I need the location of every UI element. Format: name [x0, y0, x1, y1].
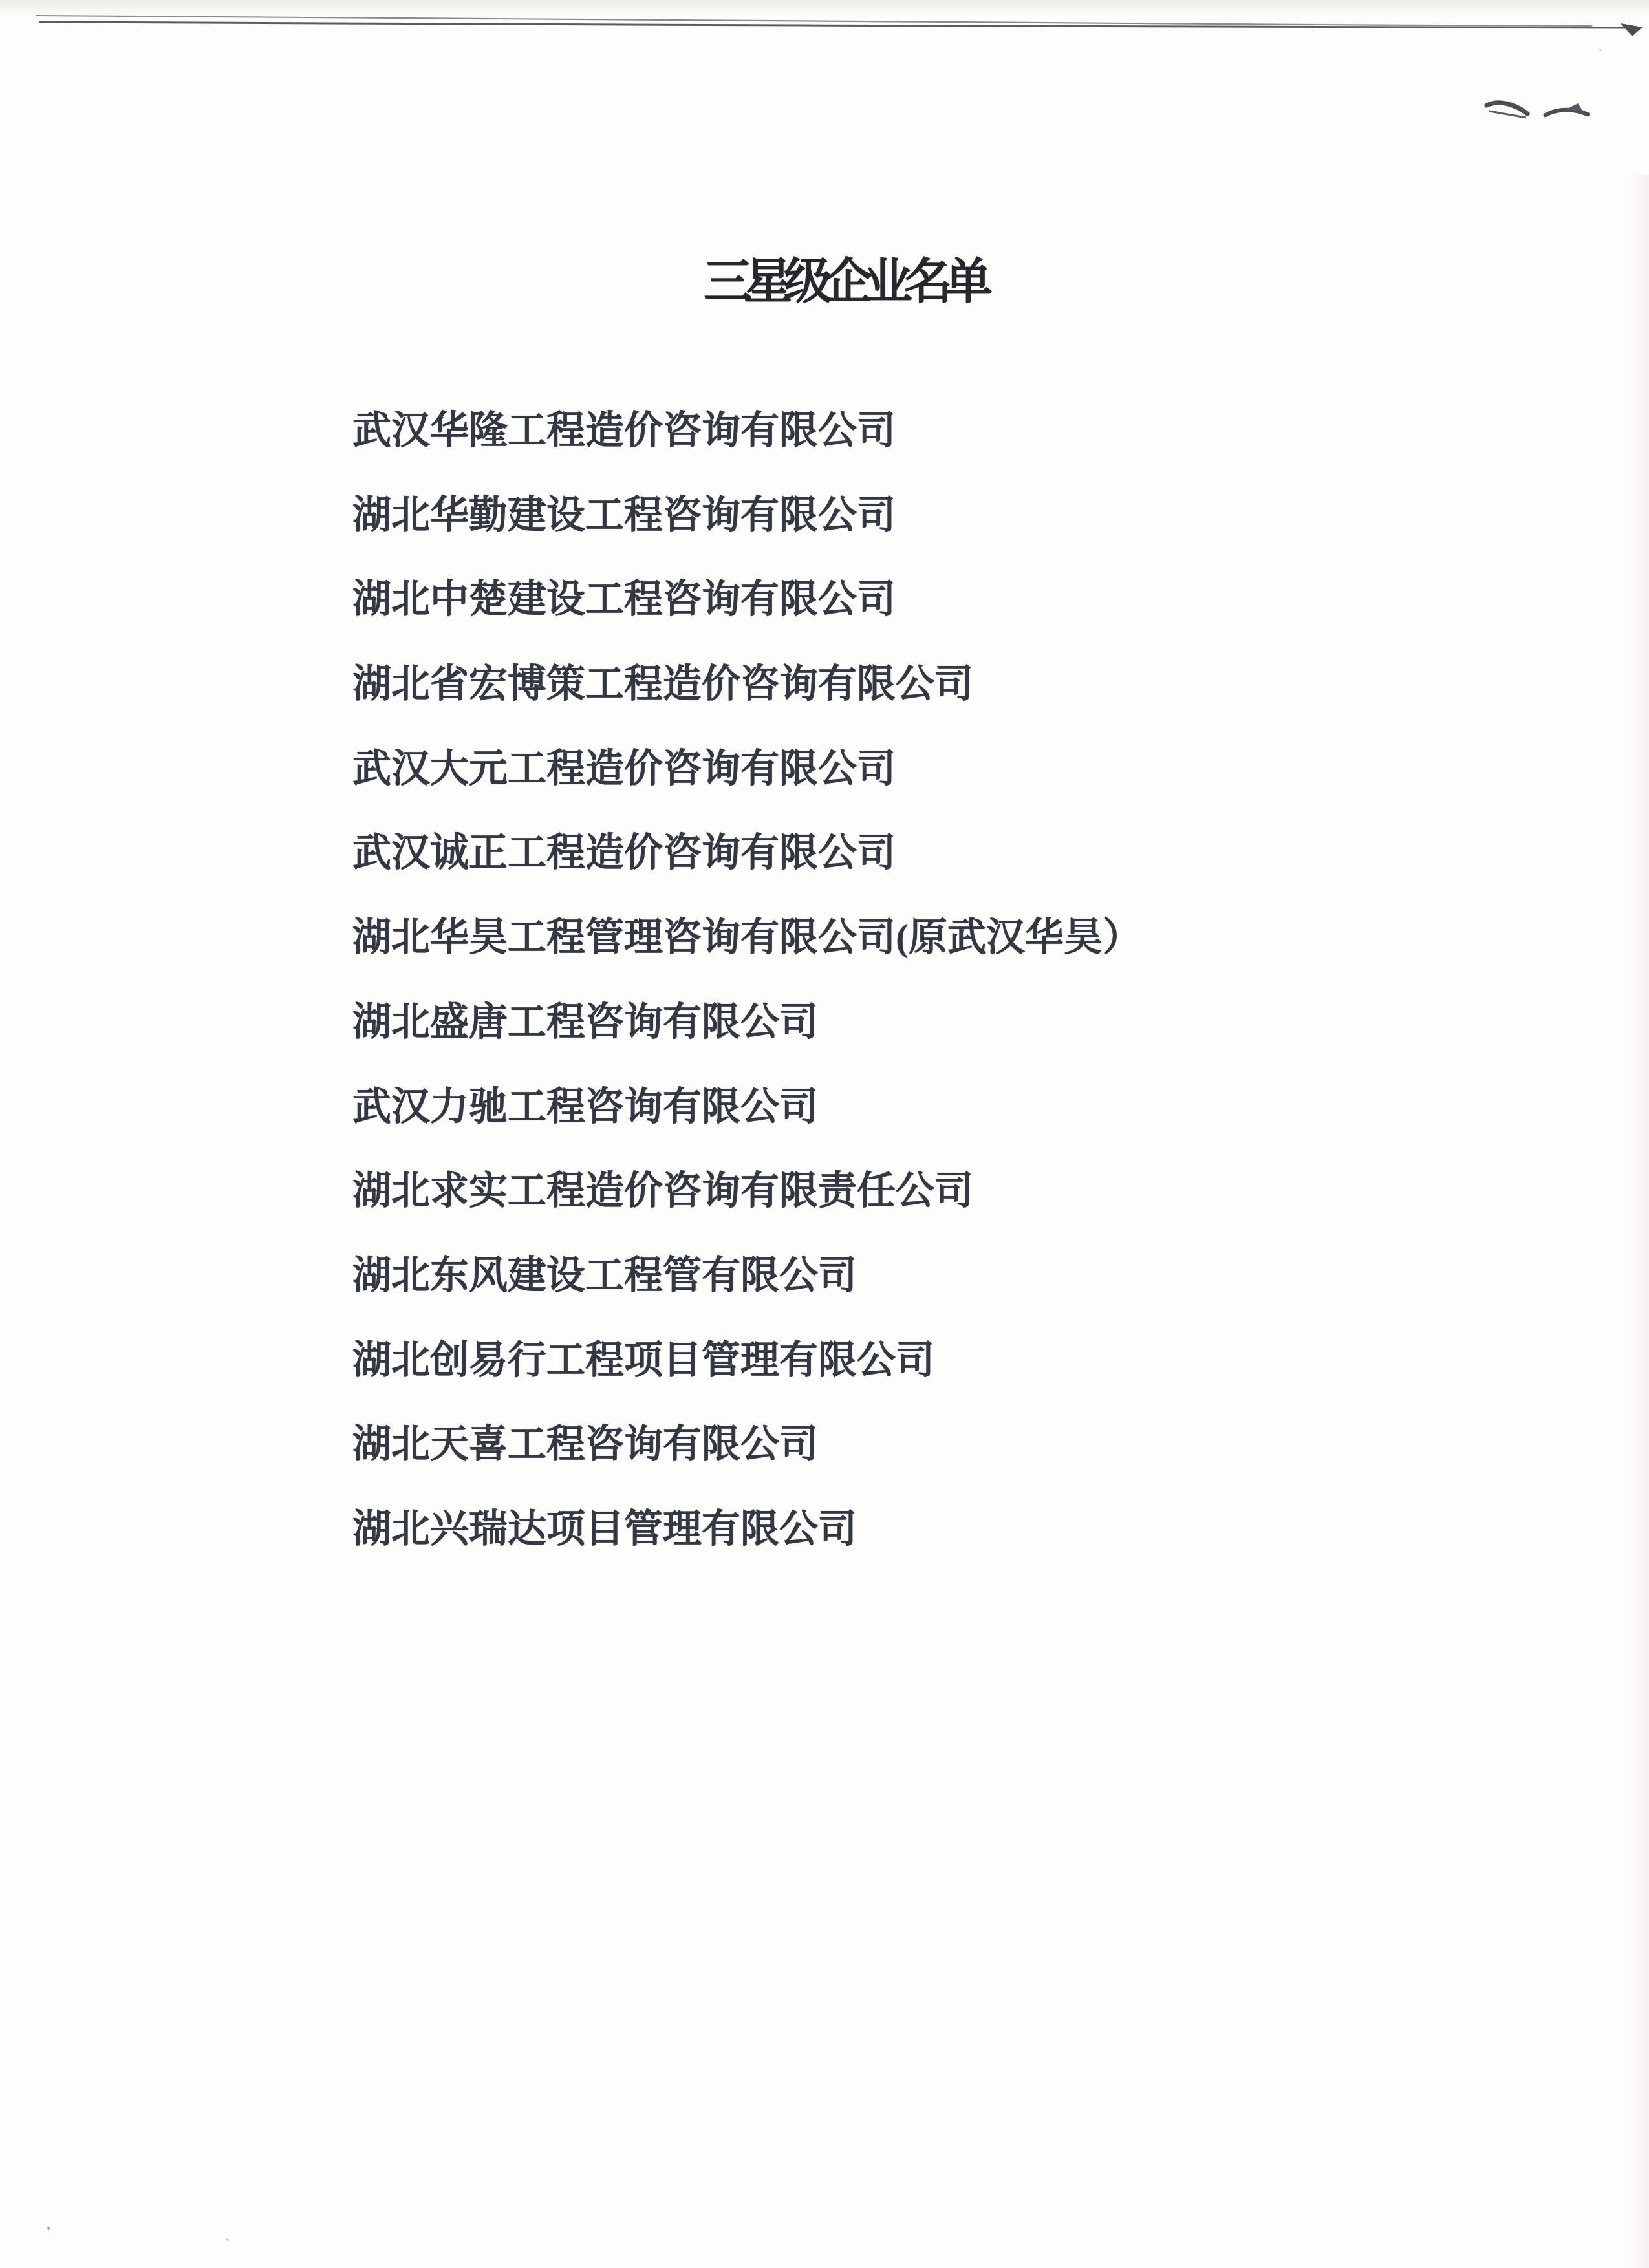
scan-line-upper — [36, 16, 1592, 26]
paper-speck — [47, 2227, 50, 2230]
paper-speck — [226, 2238, 228, 2241]
scan-line-hook — [1621, 23, 1643, 36]
scan-right-edge-shade — [1628, 175, 1649, 2268]
scanned-document-page: { "document": { "title": "三星级企业名单", "com… — [0, 0, 1649, 2268]
company-name: 湖北华勤建设工程咨询有限公司 — [352, 473, 1141, 558]
company-name: 湖北创易行工程项目管理有限公司 — [352, 1318, 1141, 1403]
company-name: 湖北求实工程造价咨询有限责任公司 — [352, 1149, 1141, 1234]
scan-artifacts — [0, 0, 1649, 142]
company-name: 湖北中楚建设工程咨询有限公司 — [352, 557, 1141, 642]
company-name: 湖北盛唐工程咨询有限公司 — [352, 980, 1141, 1065]
company-name: 武汉力驰工程咨询有限公司 — [352, 1065, 1141, 1150]
company-name: 湖北华昊工程管理咨询有限公司(原武汉华昊） — [352, 895, 1141, 980]
ink-smudge-right-peak — [1565, 103, 1583, 111]
company-name: 湖北省宏博策工程造价咨询有限公司 — [352, 642, 1141, 727]
company-name: 湖北天喜工程咨询有限公司 — [352, 1402, 1141, 1487]
paper-speck — [1599, 49, 1602, 51]
company-name: 武汉大元工程造价咨询有限公司 — [352, 727, 1141, 811]
company-list: 武汉华隆工程造价咨询有限公司湖北华勤建设工程咨询有限公司湖北中楚建设工程咨询有限… — [352, 389, 1141, 1572]
page-title: 三星级企业名单 — [704, 243, 984, 312]
company-name: 武汉华隆工程造价咨询有限公司 — [352, 389, 1141, 473]
company-name: 湖北兴瑞达项目管理有限公司 — [352, 1487, 1141, 1572]
ink-smudge-left-tail — [1489, 111, 1526, 118]
company-name: 湖北东风建设工程管有限公司 — [352, 1234, 1141, 1318]
company-name: 武汉诚正工程造价咨询有限公司 — [352, 811, 1141, 895]
